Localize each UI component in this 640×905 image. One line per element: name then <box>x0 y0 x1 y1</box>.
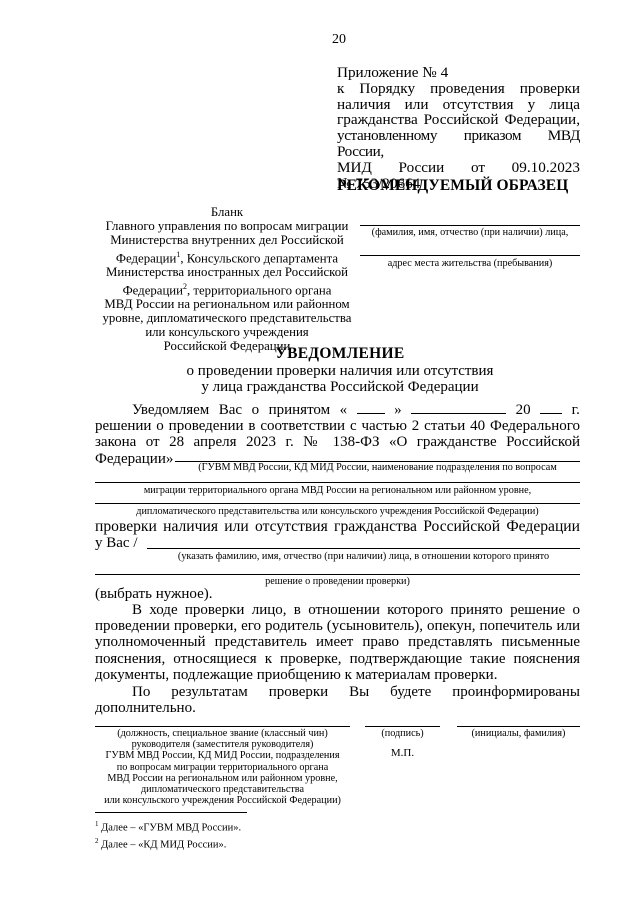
recommended-sample-label: РЕКОМЕНДУЕМЫЙ ОБРАЗЕЦ <box>337 177 568 195</box>
stamp-label: М.П. <box>365 747 440 759</box>
text: принятом <box>269 402 331 418</box>
footnote-text: Далее – «КД МИД России». <box>99 840 227 851</box>
text-line: решении о проведении в соответствии с ча… <box>95 418 580 434</box>
initials-line[interactable] <box>457 726 580 727</box>
person-name-line-1[interactable] <box>147 548 580 549</box>
year-field[interactable] <box>540 401 562 414</box>
notice-paragraph-4: По результатам проверки Вы будете проинф… <box>95 684 580 716</box>
text-line: проверки наличия или отсутствия гражданс… <box>95 519 580 535</box>
footnote-text: Далее – «ГУВМ МВД России». <box>99 823 242 834</box>
notice-paragraph-3: В ходе проверки лицо, в отношении которо… <box>95 602 580 683</box>
notice-title: УВЕДОМЛЕНИЕ <box>90 345 590 363</box>
recipient-name-line[interactable] <box>360 225 580 226</box>
caption-line: по вопросам миграции территориального ор… <box>95 762 350 773</box>
blank-text: Федерации <box>123 283 183 297</box>
appendix-line: гражданства Российской Федерации, <box>337 112 580 128</box>
caption-line: МВД России на региональном или районном … <box>95 773 350 784</box>
notice-subtitle-line: о проведении проверки наличия или отсутс… <box>90 363 590 379</box>
person-name-line-2[interactable] <box>95 574 580 575</box>
date-line: Уведомляем Вас о принятом « » 20 г. <box>95 401 580 418</box>
footnote: 2 Далее – «КД МИД России». <box>95 835 241 852</box>
recipient-name-caption: (фамилия, имя, отчество (при наличии) ли… <box>360 227 580 238</box>
blank-line: Федерации2, территориального органа <box>96 280 358 298</box>
authority-caption: дипломатического представительства или к… <box>95 506 580 517</box>
caption-line: ГУВМ МВД России, КД МИД России, подразде… <box>95 750 350 761</box>
authority-name-line-3[interactable] <box>95 503 580 504</box>
blank-text: , территориального органа <box>187 283 331 297</box>
appendix-line: Приложение № 4 <box>337 65 580 81</box>
blank-line: МВД России на региональном или районном <box>96 298 358 312</box>
text: г. <box>572 402 580 418</box>
footnote-divider <box>95 812 247 813</box>
position-line[interactable] <box>95 726 350 727</box>
authority-caption: (ГУВМ МВД России, КД МИД России, наимено… <box>175 462 580 473</box>
text-line: закона от 28 апреля 2023 г. № 138-ФЗ «О … <box>95 434 580 450</box>
footnote: 1 Далее – «ГУВМ МВД России». <box>95 818 241 835</box>
blank-line: Министерства внутренних дел Российской <box>96 234 358 248</box>
page-number: 20 <box>332 32 346 48</box>
caption-line: дипломатического представительства <box>95 784 350 795</box>
signature-line[interactable] <box>365 726 440 727</box>
recipient-address-line[interactable] <box>360 255 580 256</box>
text: 20 <box>516 402 531 418</box>
text: » <box>394 402 402 418</box>
choose-note: (выбрать нужное). <box>95 586 580 602</box>
footnotes: 1 Далее – «ГУВМ МВД России». 2 Далее – «… <box>95 818 241 852</box>
signature-caption: (подпись) <box>365 728 440 739</box>
blank-line: уровне, дипломатического представительст… <box>96 312 358 326</box>
appendix-line: МИД России от 09.10.2023 <box>337 160 580 176</box>
text: о <box>252 402 260 418</box>
letterhead-blank: Бланк Главного управления по вопросам ми… <box>96 206 358 354</box>
blank-line: Федерации1, Консульского департамента <box>96 248 358 266</box>
notice-subtitle-line: у лица гражданства Российской Федерации <box>90 379 590 395</box>
day-field[interactable] <box>357 401 385 414</box>
appendix-line: наличия или отсутствия у лица <box>337 97 580 113</box>
recipient-address-caption: адрес места жительства (пребывания) <box>360 258 580 269</box>
notice-paragraph-2: проверки наличия или отсутствия гражданс… <box>95 519 580 551</box>
position-caption: (должность, специальное звание (классный… <box>95 728 350 806</box>
appendix-line: к Порядку проведения проверки <box>337 81 580 97</box>
blank-text: Федерации <box>116 251 176 265</box>
text: « <box>340 402 348 418</box>
blank-line: Министерства иностранных дел Российской <box>96 266 358 280</box>
caption-line: (должность, специальное звание (классный… <box>95 728 350 739</box>
caption-line: руководителя (заместителя руководителя) <box>95 739 350 750</box>
blank-text: , Консульского департамента <box>180 251 338 265</box>
text-line: дополнительно. <box>95 700 580 716</box>
text: Уведомляем <box>132 402 209 418</box>
authority-name-line-2[interactable] <box>95 482 580 483</box>
appendix-line: установленному приказом МВД России, <box>337 128 580 160</box>
notice-subtitle: о проведении проверки наличия или отсутс… <box>90 363 590 395</box>
text-line: По результатам проверки Вы будете проинф… <box>95 684 580 700</box>
initials-caption: (инициалы, фамилия) <box>457 728 580 739</box>
blank-line: или консульского учреждения <box>96 326 358 340</box>
appendix-header: Приложение № 4 к Порядку проведения пров… <box>337 65 580 191</box>
authority-caption: миграции территориального органа МВД Рос… <box>95 485 580 496</box>
text: Вас <box>219 402 242 418</box>
notice-paragraph-1: Уведомляем Вас о принятом « » 20 г. реше… <box>95 401 580 467</box>
month-field[interactable] <box>411 401 506 414</box>
caption-line: или консульского учреждения Российской Ф… <box>95 795 350 806</box>
person-caption: (указать фамилию, имя, отчество (при нал… <box>147 551 580 562</box>
blank-line: Бланк <box>96 206 358 220</box>
blank-line: Главного управления по вопросам миграции <box>96 220 358 234</box>
